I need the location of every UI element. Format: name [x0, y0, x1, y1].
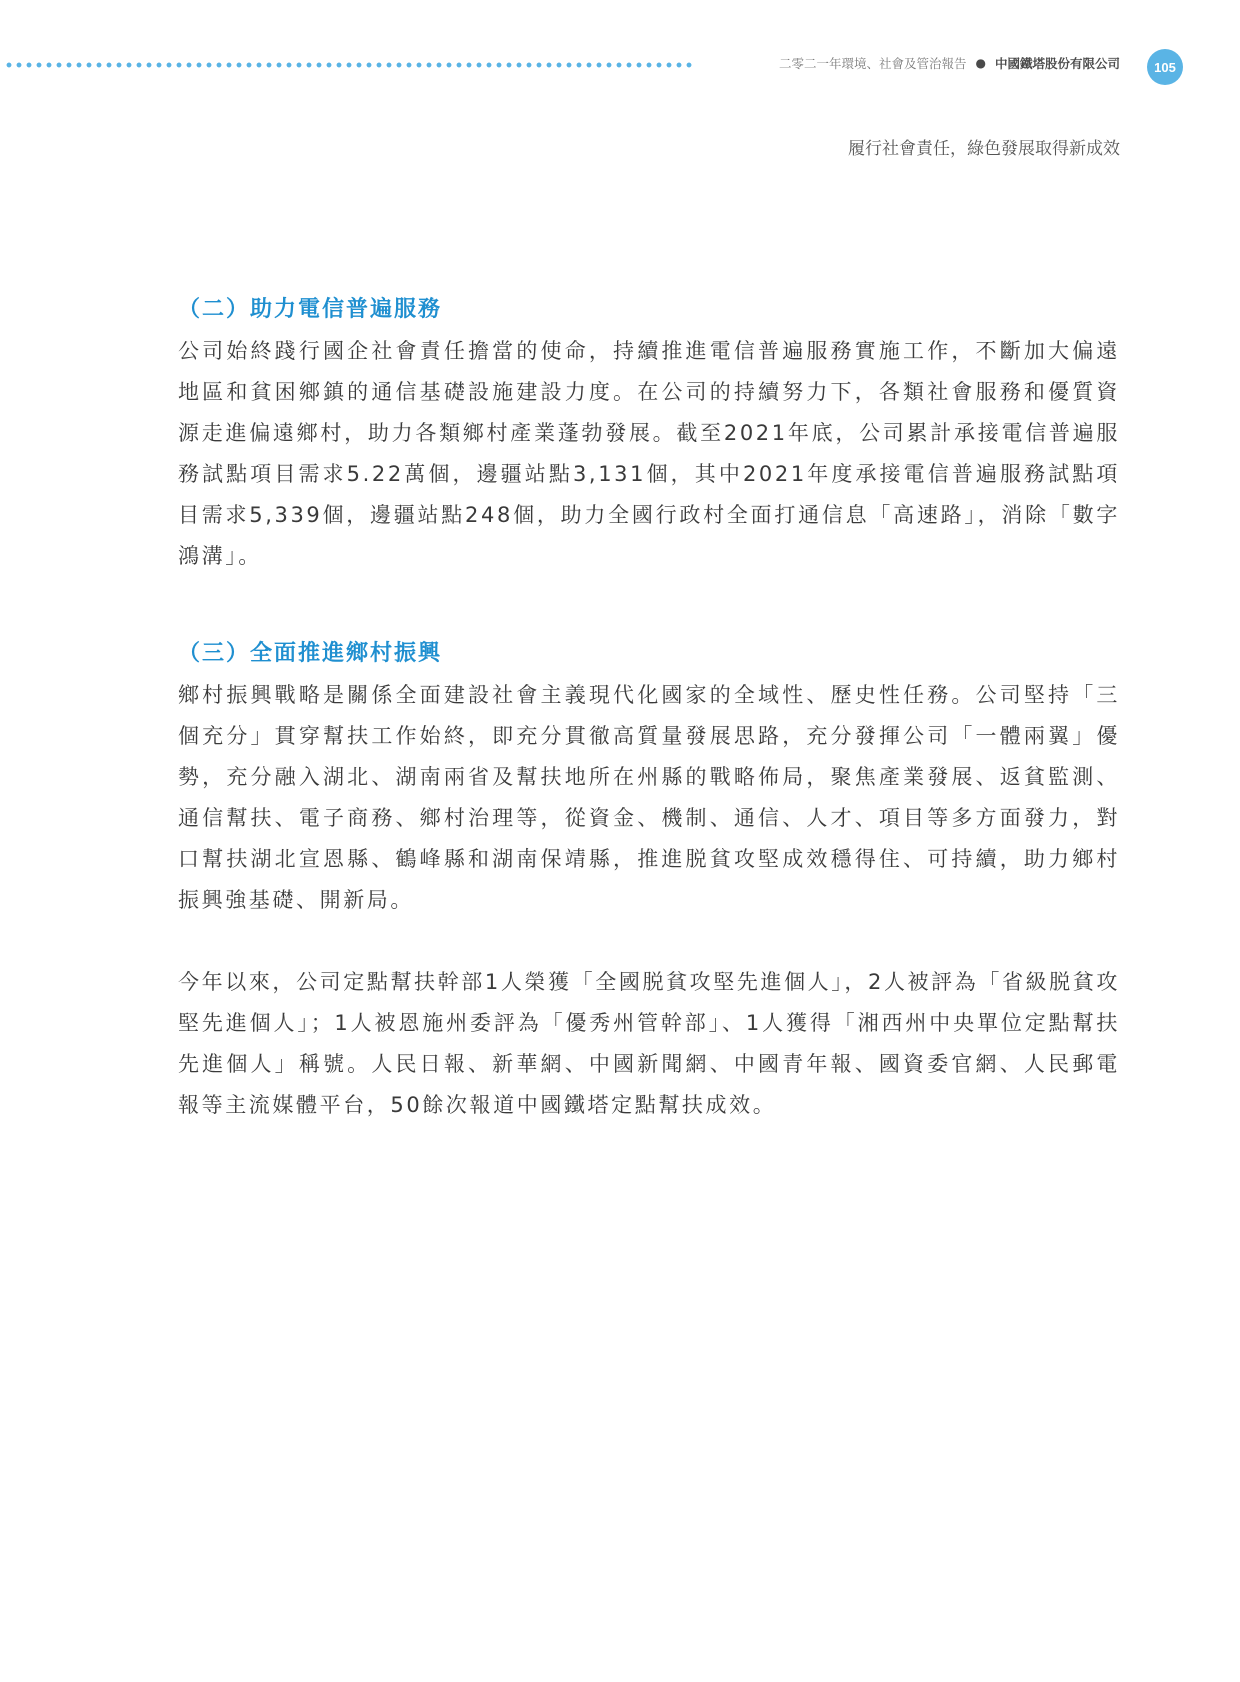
section-heading: （二）助力電信普遍服務: [178, 292, 1120, 323]
section-telecom-universal-service: （二）助力電信普遍服務 公司始終踐行國企社會責任擔當的使命，持續推進電信普遍服務…: [178, 292, 1120, 577]
section-rural-revitalization: （三）全面推進鄉村振興 鄉村振興戰略是關係全面建設社會主義現代化國家的全域性、歷…: [178, 636, 1120, 1126]
page-number-badge: 105: [1147, 49, 1183, 85]
paragraph: 鄉村振興戰略是關係全面建設社會主義現代化國家的全域性、歷史性任務。公司堅持「三個…: [178, 675, 1120, 921]
paragraph: 今年以來，公司定點幫扶幹部1人榮獲「全國脱貧攻堅先進個人」，2人被評為「省級脱貧…: [178, 962, 1120, 1126]
running-header: 二零二一年環境、社會及管治報告 ● 中國鐵塔股份有限公司: [779, 54, 1120, 72]
company-name: 中國鐵塔股份有限公司: [995, 54, 1120, 72]
section-heading: （三）全面推進鄉村振興: [178, 636, 1120, 667]
report-title: 二零二一年環境、社會及管治報告: [779, 54, 967, 72]
chapter-title: 履行社會責任，綠色發展取得新成效: [848, 134, 1120, 159]
bullet-separator: ●: [976, 56, 986, 70]
paragraph: 公司始終踐行國企社會責任擔當的使命，持續推進電信普遍服務實施工作，不斷加大偏遠地…: [178, 331, 1120, 577]
dotted-divider: [4, 61, 694, 69]
